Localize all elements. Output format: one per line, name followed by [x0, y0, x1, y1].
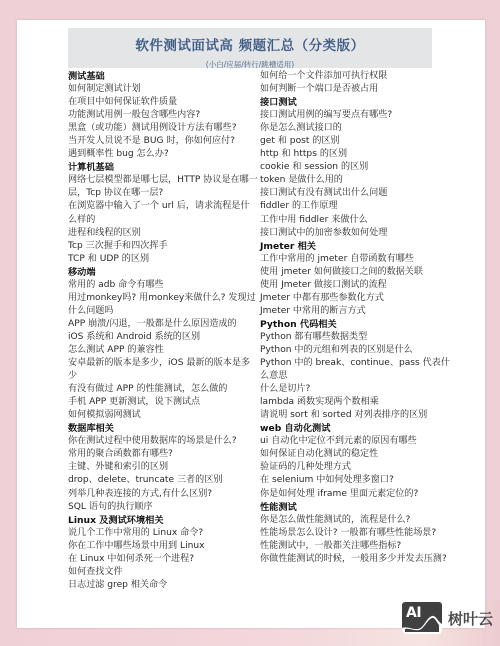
question-item: 网络七层模型都是哪七层，HTTP 协议是在哪一层，Tcp 协议在哪一层?: [68, 174, 258, 200]
section-heading: Jmeter 相关: [260, 240, 450, 253]
question-item: 性能场景怎么设计? 一般都有哪些性能场景?: [260, 527, 450, 540]
question-item: 你是如何处理 iframe 里面元素定位的?: [260, 488, 450, 501]
question-item: ui 自动化中定位不到元素的原因有哪些: [260, 435, 450, 448]
question-item: Jmeter 中都有那些参数化方式: [260, 292, 450, 305]
section-heading: 测试基础: [68, 70, 258, 83]
question-item: SQL 语句的执行顺序: [68, 501, 258, 514]
question-item: 列举几种表连接的方式,有什么区别?: [68, 488, 258, 501]
question-item: 如何查找文件: [68, 566, 258, 579]
section-heading: 数据库相关: [68, 422, 258, 435]
question-item: token 是做什么用的: [260, 174, 450, 187]
section-heading: 性能测试: [260, 501, 450, 514]
section-heading: Python 代码相关: [260, 318, 450, 331]
question-item: http 和 https 的区别: [260, 148, 450, 161]
question-item: 在 Linux 中如何杀死一个进程?: [68, 553, 258, 566]
question-item: 你是怎么做性能测试的，流程是什么?: [260, 514, 450, 527]
mountain-icon: [402, 602, 442, 634]
question-item: TCP 和 UDP 的区别: [68, 253, 258, 266]
question-item: 在浏览器中输入了一个 url 后，请求流程是什么样的: [68, 200, 258, 226]
question-item: 用过monkey吗? 用monkey来做什么? 发现过什么问题吗: [68, 292, 258, 318]
question-item: 在 selenium 中如何处理多窗口?: [260, 474, 450, 487]
question-item: 工作中常用的 jmeter 自带函数有哪些: [260, 253, 450, 266]
question-item: 如何给一个文件添加可执行权限: [260, 70, 450, 83]
question-item: fiddler 的工作原理: [260, 200, 450, 213]
question-item: Tcp 三次握手和四次挥手: [68, 240, 258, 253]
section-heading: 接口测试: [260, 96, 450, 109]
document-subtitle: (小白/应届/转行/跳槽适用): [68, 59, 432, 70]
question-item: 性能测试中，一般都关注哪些指标?: [260, 540, 450, 553]
brand-name: 树叶云: [448, 608, 493, 629]
document-header: 软件测试面试高 频题汇总（分类版） (小白/应届/转行/跳槽适用): [68, 28, 432, 68]
question-item: 你在测试过程中使用数据库的场景是什么?: [68, 435, 258, 448]
left-column: 测试基础如何制定测试计划在项目中如何保证软件质量功能测试用例一般包含哪些内容?黑…: [68, 70, 258, 592]
question-item: 你做性能测试的时候，一般用多少并发去压测?: [260, 553, 450, 566]
question-item: 如何模拟弱网测试: [68, 409, 258, 422]
question-item: 你在工作中哪些场景中用到 Linux: [68, 540, 258, 553]
question-item: drop、delete、truncate 三者的区别: [68, 474, 258, 487]
question-item: 在项目中如何保证软件质量: [68, 96, 258, 109]
question-item: 日志过滤 grep 相关命令: [68, 579, 258, 592]
question-item: Python 都有哪些数据类型: [260, 331, 450, 344]
question-item: lambda 函数实现两个数相乘: [260, 396, 450, 409]
question-item: iOS 系统和 Android 系统的区别: [68, 331, 258, 344]
question-item: 接口测试有没有测试出什么问题: [260, 187, 450, 200]
question-item: 接口测试用例的编写要点有哪些?: [260, 109, 450, 122]
ai-logo-icon: AI: [402, 602, 442, 634]
watermark: AI 树叶云: [402, 600, 493, 636]
question-item: cookie 和 session 的区别: [260, 161, 450, 174]
question-item: 如何保证自动化测试的稳定性: [260, 448, 450, 461]
section-heading: 计算机基础: [68, 161, 258, 174]
question-item: 接口测试中的加密参数如何处理: [260, 227, 450, 240]
question-item: Jmeter 中常用的断言方式: [260, 305, 450, 318]
question-item: Python 中的 break、continue、pass 代表什么意思: [260, 357, 450, 383]
question-item: 进程和线程的区别: [68, 227, 258, 240]
question-item: 主键、外键和索引的区别: [68, 461, 258, 474]
question-item: 怎么测试 APP 的兼容性: [68, 344, 258, 357]
question-item: Python 中的元组和列表的区别是什么: [260, 344, 450, 357]
section-heading: web 自动化测试: [260, 422, 450, 435]
question-item: 安卓最新的版本是多少，iOS 最新的版本是多少: [68, 357, 258, 383]
question-item: 常用的 adb 命令有哪些: [68, 279, 258, 292]
question-item: 常用的聚合函数都有哪些?: [68, 448, 258, 461]
question-item: 遇到概率性 bug 怎么办?: [68, 148, 258, 161]
question-item: 有没有做过 APP 的性能测试，怎么做的: [68, 383, 258, 396]
document-page: 软件测试面试高 频题汇总（分类版） (小白/应届/转行/跳槽适用) 测试基础如何…: [17, 20, 485, 628]
question-item: APP 崩溃/闪退，一般都是什么原因造成的: [68, 318, 258, 331]
question-item: 什么是切片?: [260, 383, 450, 396]
question-item: get 和 post 的区别: [260, 135, 450, 148]
question-item: 手机 APP 更新测试，说下测试点: [68, 396, 258, 409]
question-item: 使用 jmeter 如何做接口之间的数据关联: [260, 266, 450, 279]
question-item: 请说明 sort 和 sorted 对列表排序的区别: [260, 409, 450, 422]
question-item: 使用 Jmeter 做接口测试的流程: [260, 279, 450, 292]
question-item: 当开发人员说不是 BUG 时，你如何应付?: [68, 135, 258, 148]
question-item: 黑盒（或功能）测试用例设计方法有哪些?: [68, 122, 258, 135]
question-item: 工作中用 fiddler 来做什么: [260, 214, 450, 227]
section-heading: Linux 及测试环境相关: [68, 514, 258, 527]
document-title: 软件测试面试高 频题汇总（分类版）: [68, 34, 432, 54]
right-column: 如何给一个文件添加可执行权限如何判断一个端口是否被占用接口测试接口测试用例的编写…: [260, 70, 450, 566]
question-item: 功能测试用例一般包含哪些内容?: [68, 109, 258, 122]
question-item: 如何判断一个端口是否被占用: [260, 83, 450, 96]
section-heading: 移动端: [68, 266, 258, 279]
question-item: 如何制定测试计划: [68, 83, 258, 96]
question-item: 验证码的几种处理方式: [260, 461, 450, 474]
question-item: 你是怎么测试接口的: [260, 122, 450, 135]
question-item: 说几个工作中常用的 Linux 命令?: [68, 527, 258, 540]
